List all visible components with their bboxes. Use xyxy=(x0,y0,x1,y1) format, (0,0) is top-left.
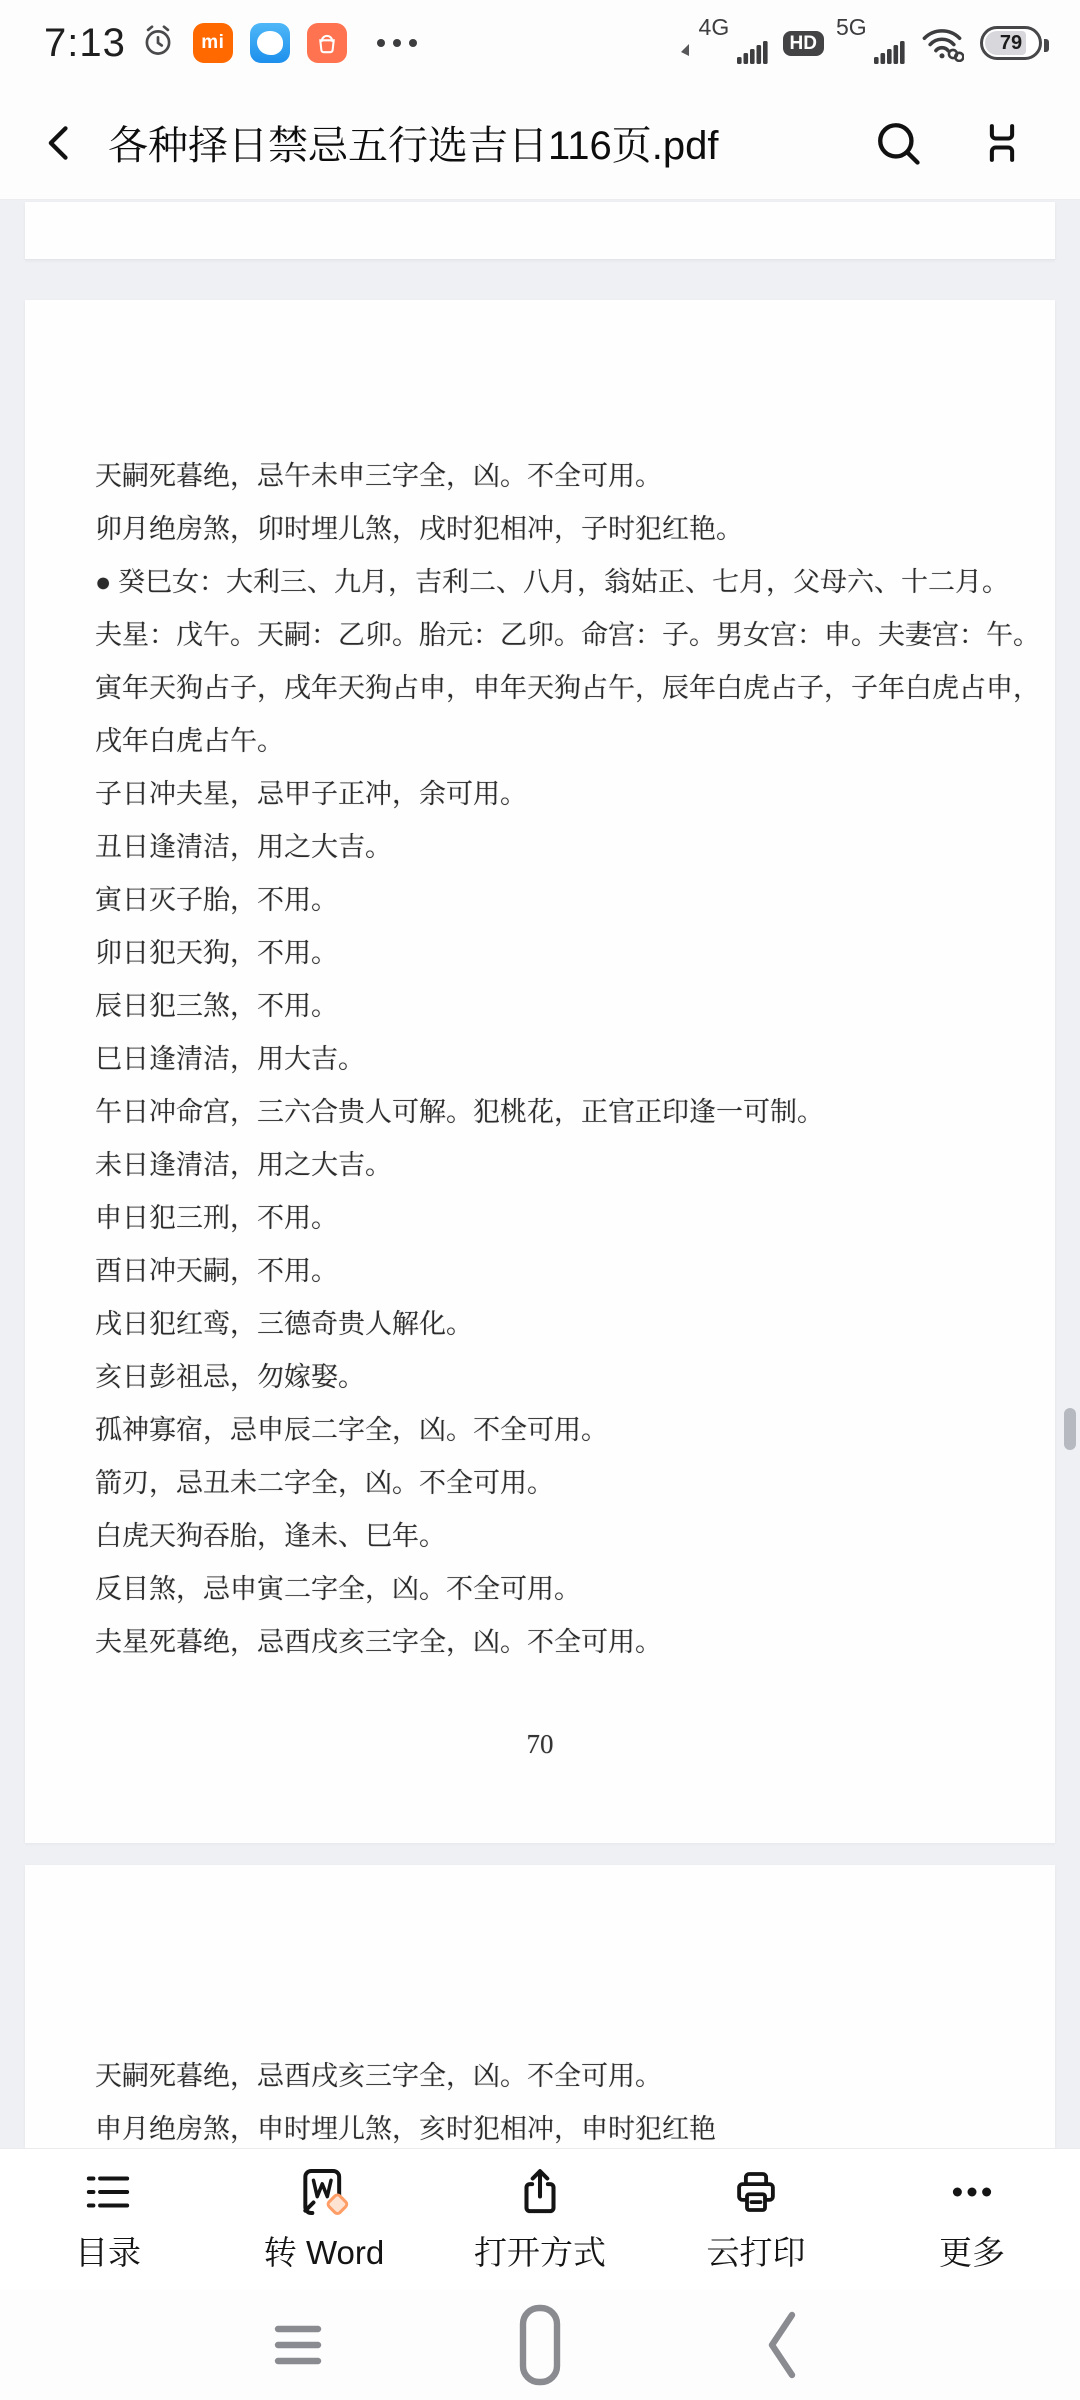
pdf-text-line: 夫星死暮绝，忌酉戌亥三字全，凶。不全可用。 xyxy=(95,1616,1055,1669)
toolbar-label: 目录 xyxy=(75,2227,141,2274)
pdf-text-line: 戌日犯红鸾，三德奇贵人解化。 xyxy=(95,1298,1055,1351)
pdf-text-line: 反目煞，忌申寅二字全，凶。不全可用。 xyxy=(95,1563,1055,1616)
volte-hd-icon: HD xyxy=(783,31,824,56)
pdf-text-line: 白虎天狗吞胎，逢未、巳年。 xyxy=(95,1510,1055,1563)
pdf-text-line: 卯月绝房煞，卯时埋儿煞，戌时犯相冲，子时犯红艳。 xyxy=(95,503,1055,556)
pdf-text-line: 午日冲命宫，三六合贵人可解。犯桃花，正官正印逢一可制。 xyxy=(95,1086,1055,1139)
messaging-app-icon xyxy=(250,23,290,63)
status-bar-left: 7:13 mi xyxy=(44,21,417,66)
title-bar: 各种择日禁忌五行选吉日116页.pdf xyxy=(0,86,1080,200)
pdf-text-line: 夫星：戊午。天嗣：乙卯。胎元：乙卯。命宫：子。男女宫：申。夫妻宫：午。 xyxy=(95,609,1055,662)
pdf-text-line: 亥日彭祖忌，勿嫁娶。 xyxy=(95,1351,1055,1404)
nav-back-button[interactable] xyxy=(737,2300,827,2390)
pdf-page-previous-edge xyxy=(25,202,1055,260)
pdf-text-line: 巳日逢清洁，用大吉。 xyxy=(95,1033,1055,1086)
nav-home-button[interactable] xyxy=(495,2300,585,2390)
pdf-scroll-area[interactable]: 天嗣死暮绝，忌午未申三字全，凶。不全可用。卯月绝房煞，卯时埋儿煞，戌时犯相冲，子… xyxy=(0,200,1080,2400)
pdf-text-line: 申日犯三刑，不用。 xyxy=(95,1192,1055,1245)
pdf-text-line: 戌年白虎占午。 xyxy=(95,715,1055,768)
toc-icon xyxy=(81,2161,135,2223)
toolbar-item-more[interactable]: 更多 xyxy=(864,2149,1080,2290)
bottom-toolbar: 目录 转 Word xyxy=(0,2148,1080,2290)
pdf-text-line: 酉日冲天嗣，不用。 xyxy=(95,1245,1055,1298)
toolbar-item-open-with[interactable]: 打开方式 xyxy=(432,2149,648,2290)
pdf-text-line: 未日逢清洁，用之大吉。 xyxy=(95,1139,1055,1192)
toolbar-label: 打开方式 xyxy=(474,2227,606,2274)
pdf-text-line: 箭刃，忌丑未二字全，凶。不全可用。 xyxy=(95,1457,1055,1510)
pdf-text-line: 卯日犯天狗，不用。 xyxy=(95,927,1055,980)
pdf-page-71-text: 天嗣死暮绝，忌酉戌亥三字全，凶。不全可用。申月绝房煞，申时埋儿煞，亥时犯相冲，申… xyxy=(25,1865,1055,2156)
pdf-text-line: 天嗣死暮绝，忌酉戌亥三字全，凶。不全可用。 xyxy=(95,2050,1055,2103)
toolbar-item-toc[interactable]: 目录 xyxy=(0,2149,216,2290)
signal-4g-icon: 4G xyxy=(699,14,769,72)
share-icon xyxy=(513,2161,567,2223)
document-title: 各种择日禁忌五行选吉日116页.pdf xyxy=(108,114,822,171)
toolbar-item-cloud-print[interactable]: 云打印 xyxy=(648,2149,864,2290)
pdf-viewer-screen: 7:13 mi 4G xyxy=(0,0,1080,2400)
pdf-text-line: 寅年天狗占子，戌年天狗占申，申年天狗占午，辰年白虎占子，子年白虎占申， xyxy=(95,662,1055,715)
status-bar-right: 4G HD 5G xyxy=(687,14,1042,72)
pdf-text-line: 辰日犯三煞，不用。 xyxy=(95,980,1055,1033)
more-notifications-icon xyxy=(369,39,417,47)
pdf-text-line: 子日冲夫星，忌甲子正冲，余可用。 xyxy=(95,768,1055,821)
pdf-text-line: 丑日逢清洁，用之大吉。 xyxy=(95,821,1055,874)
nav-recents-button[interactable] xyxy=(253,2300,343,2390)
more-dots-icon xyxy=(945,2161,999,2223)
mi-store-app-icon xyxy=(307,23,347,63)
printer-icon xyxy=(729,2161,783,2223)
pdf-page-70: 天嗣死暮绝，忌午未申三字全，凶。不全可用。卯月绝房煞，卯时埋儿煞，戌时犯相冲，子… xyxy=(25,300,1055,1843)
system-nav-bar xyxy=(0,2290,1080,2400)
reflow-brackets-icon[interactable] xyxy=(974,115,1030,171)
back-button[interactable] xyxy=(36,119,84,167)
toolbar-label: 转 Word xyxy=(264,2227,384,2274)
search-button[interactable] xyxy=(870,115,926,171)
page-number: 70 xyxy=(25,1724,1055,1764)
signal-5g-icon: 5G xyxy=(836,14,906,72)
alarm-icon xyxy=(140,23,176,64)
scrollbar-thumb[interactable] xyxy=(1064,1408,1076,1450)
toolbar-item-convert-word[interactable]: 转 Word xyxy=(216,2149,432,2290)
wifi-icon xyxy=(920,24,964,62)
pdf-text-line: 孤神寡宿，忌申辰二字全，凶。不全可用。 xyxy=(95,1404,1055,1457)
clock-time: 7:13 xyxy=(44,21,126,66)
toolbar-label: 云打印 xyxy=(707,2227,806,2274)
pdf-page-70-text: 天嗣死暮绝，忌午未申三字全，凶。不全可用。卯月绝房煞，卯时埋儿煞，戌时犯相冲，子… xyxy=(25,300,1055,1669)
battery-indicator: 79 xyxy=(980,26,1042,60)
battery-percent: 79 xyxy=(983,29,1039,57)
status-bar: 7:13 mi 4G xyxy=(0,0,1080,86)
pdf-text-line: 寅日灭子胎，不用。 xyxy=(95,874,1055,927)
pdf-text-line: ● 癸巳女：大利三、九月，吉利二、八月，翁姑正、七月，父母六、十二月。 xyxy=(95,556,1055,609)
toolbar-label: 更多 xyxy=(939,2227,1005,2274)
xiaomi-app-icon: mi xyxy=(193,23,233,63)
word-convert-icon xyxy=(296,2161,352,2223)
pdf-text-line: 天嗣死暮绝，忌午未申三字全，凶。不全可用。 xyxy=(95,450,1055,503)
